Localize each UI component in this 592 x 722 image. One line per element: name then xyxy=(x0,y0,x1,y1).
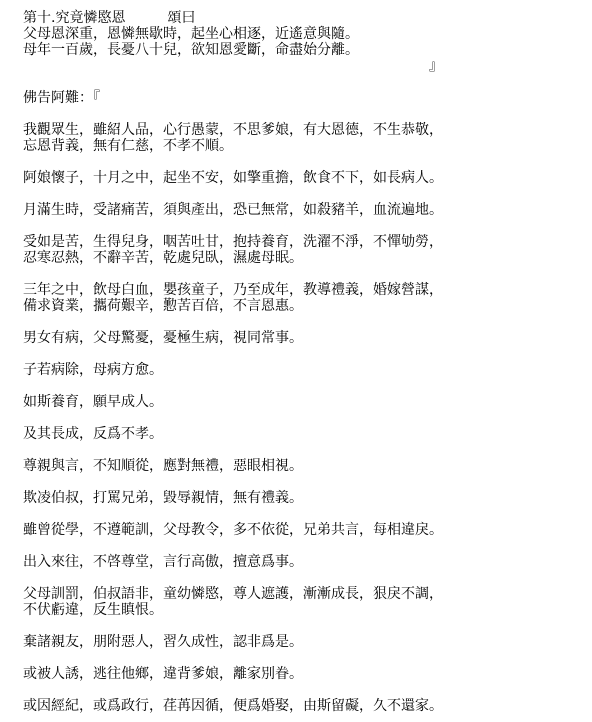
verse-line: 父母恩深重，恩憐無歇時，起坐心相逐，近遙意與隨。 xyxy=(23,26,584,42)
text-line: 我觀眾生，雖紹人品，心行愚蒙，不思爹娘，有大恩德，不生恭敬， xyxy=(23,122,584,138)
text-line: 棄諸親友，朋附惡人，習久成性，認非爲是。 xyxy=(23,634,584,650)
text-line: 及其長成，反爲不孝。 xyxy=(23,426,584,442)
paragraph: 我觀眾生，雖紹人品，心行愚蒙，不思爹娘，有大恩德，不生恭敬， 忘恩背義，無有仁慈… xyxy=(23,122,584,154)
text-line: 忍寒忍熱，不辭辛苦，乾處兒臥，濕處母眠。 xyxy=(23,250,584,266)
paragraph: 阿娘懷子，十月之中，起坐不安，如擎重擔，飲食不下，如長病人。 xyxy=(23,170,584,186)
paragraph: 尊親與言，不知順從，應對無禮，惡眼相視。 xyxy=(23,458,584,474)
paragraph: 雖曾從學，不遵範訓，父母教令，多不依從，兄弟共言，每相違戾。 xyxy=(23,522,584,538)
text-line: 不伏虧違，反生瞋恨。 xyxy=(23,602,584,618)
text-line: 欺凌伯叔，打罵兄弟，毀辱親情，無有禮義。 xyxy=(23,490,584,506)
paragraph: 出入來往，不啓尊堂，言行高傲，擅意爲事。 xyxy=(23,554,584,570)
intro-line: 佛告阿難：『 xyxy=(23,90,584,106)
paragraph: 受如是苦，生得兒身，咽苦吐甘，抱持養育，洗濯不淨，不憚劬勞， 忍寒忍熱，不辭辛苦… xyxy=(23,234,584,266)
intro-block: 佛告阿難：『 xyxy=(23,90,584,106)
text-line: 受如是苦，生得兒身，咽苦吐甘，抱持養育，洗濯不淨，不憚劬勞， xyxy=(23,234,584,250)
text-line: 雖曾從學，不遵範訓，父母教令，多不依從，兄弟共言，每相違戾。 xyxy=(23,522,584,538)
paragraph: 子若病除，母病方愈。 xyxy=(23,362,584,378)
paragraph: 及其長成，反爲不孝。 xyxy=(23,426,584,442)
paragraph: 男女有病，父母驚憂，憂極生病，視同常事。 xyxy=(23,330,584,346)
sutra-document: 第十.究竟憐愍恩 頌曰 父母恩深重，恩憐無歇時，起坐心相逐，近遙意與隨。 母年一… xyxy=(0,0,592,714)
text-line: 或被人誘，逃往他鄉，違背爹娘，離家別眷。 xyxy=(23,666,584,682)
section-title-line: 第十.究竟憐愍恩 頌曰 xyxy=(23,10,584,26)
paragraph: 父母訓罰，伯叔語非，童幼憐愍，尊人遮護，漸漸成長，狠戾不調， 不伏虧違，反生瞋恨… xyxy=(23,586,584,618)
text-line: 備求資業，攜荷艱辛，懃苦百倍，不言恩惠。 xyxy=(23,298,584,314)
paragraph: 棄諸親友，朋附惡人，習久成性，認非爲是。 xyxy=(23,634,584,650)
paragraph: 三年之中，飲母白血，嬰孩童子，乃至成年，教導禮義，婚嫁營謀， 備求資業，攜荷艱辛… xyxy=(23,282,584,314)
text-line: 尊親與言，不知順從，應對無禮，惡眼相視。 xyxy=(23,458,584,474)
paragraph: 欺凌伯叔，打罵兄弟，毀辱親情，無有禮義。 xyxy=(23,490,584,506)
paragraph: 如斯養育，願早成人。 xyxy=(23,394,584,410)
verse-block: 第十.究竟憐愍恩 頌曰 父母恩深重，恩憐無歇時，起坐心相逐，近遙意與隨。 母年一… xyxy=(23,10,584,74)
text-line: 或因經紀，或爲政行，荏苒因循，便爲婚娶，由斯留礙，久不還家。 xyxy=(23,698,584,714)
text-line: 父母訓罰，伯叔語非，童幼憐愍，尊人遮護，漸漸成長，狠戾不調， xyxy=(23,586,584,602)
text-line: 月滿生時，受諸痛苦，須與產出，恐已無常，如殺豬羊，血流遍地。 xyxy=(23,202,584,218)
text-line: 如斯養育，願早成人。 xyxy=(23,394,584,410)
text-line: 男女有病，父母驚憂，憂極生病，視同常事。 xyxy=(23,330,584,346)
text-line: 出入來往，不啓尊堂，言行高傲，擅意爲事。 xyxy=(23,554,584,570)
paragraph: 月滿生時，受諸痛苦，須與產出，恐已無常，如殺豬羊，血流遍地。 xyxy=(23,202,584,218)
paragraph: 或被人誘，逃往他鄉，違背爹娘，離家別眷。 xyxy=(23,666,584,682)
verse-line: 母年一百歲，長憂八十兒，欲知恩愛斷，命盡始分離。 xyxy=(23,42,584,58)
paragraph: 或因經紀，或爲政行，荏苒因循，便爲婚娶，由斯留礙，久不還家。 xyxy=(23,698,584,714)
closing-quote-bracket: 』 xyxy=(23,58,584,74)
text-line: 三年之中，飲母白血，嬰孩童子，乃至成年，教導禮義，婚嫁營謀， xyxy=(23,282,584,298)
text-line: 子若病除，母病方愈。 xyxy=(23,362,584,378)
text-line: 忘恩背義，無有仁慈，不孝不順。 xyxy=(23,138,584,154)
text-line: 阿娘懷子，十月之中，起坐不安，如擎重擔，飲食不下，如長病人。 xyxy=(23,170,584,186)
sutra-page: 第十.究竟憐愍恩 頌曰 父母恩深重，恩憐無歇時，起坐心相逐，近遙意與隨。 母年一… xyxy=(0,0,592,722)
